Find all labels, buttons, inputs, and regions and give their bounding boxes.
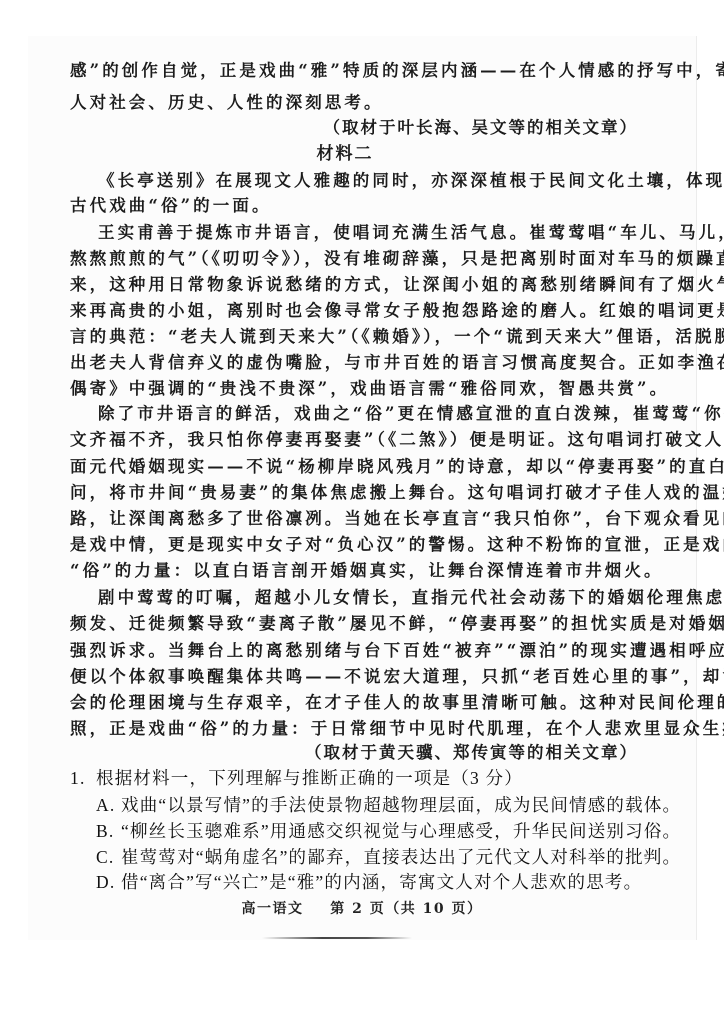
body-line: 会的伦理困境与生存艰辛，在才子佳人的故事里清晰可触。这种对民间伦理的深切观 (70, 692, 640, 714)
option-text: 借“离合”写“兴亡”是“雅”的内涵，寄寓文人对个人悲欢的思考。 (121, 871, 642, 893)
body-line: 便以个体叙事唤醒集体共鸣——不说宏大道理，只抓“老百姓心里的事”，却让元代社 (70, 666, 640, 688)
body-line: 剧中莺莺的叮嘱，超越小儿女情长，直指元代社会动荡下的婚姻伦理焦虑。战乱 (98, 587, 640, 609)
body-line: 问，将市井间“贵易妻”的集体焦虑搬上舞台。这句唱词打破才子佳人戏的温婉套 (70, 482, 640, 504)
body-line: 人对社会、历史、人性的深刻思考。 (70, 92, 640, 114)
body-line: 出老夫人背信弃义的虚伪嘴脸，与市井百姓的语言习惯高度契合。正如李渔在《闲情 (70, 352, 640, 374)
body-line: 面元代婚姻现实——不说“杨柳岸晓风残月”的诗意，却以“停妻再娶”的直白诘 (70, 456, 640, 478)
body-line: 偶寄》中强调的“贵浅不贵深”，戏曲语言需“雅俗同欢，智愚共赏”。 (70, 378, 640, 400)
body-line: 古代戏曲“俗”的一面。 (70, 195, 640, 217)
page-footer: 高一语文 第 2 页（共 10 页） (0, 898, 724, 918)
footer-page-number: 第 2 页（共 10 页） (330, 901, 482, 917)
body-line: 《长亭送别》在展现文人雅趣的同时，亦深深植根于民间文化土壤，体现了中国 (98, 170, 640, 192)
body-line: 频发、迁徙频繁导致“妻离子散”屡见不鲜，“停妻再娶”的担忧实质是对婚姻稳定的 (70, 613, 640, 635)
body-line: 文齐福不齐，我只怕你停妻再娶妻”（《二煞》）便是明证。这句唱词打破文人含蓄，直 (70, 429, 640, 451)
section-heading: 材料二 (60, 143, 630, 165)
option-text: 戏曲“以景写情”的手法使景物超越物理层面，成为民间情感的载体。 (121, 794, 681, 816)
option-letter: D. (96, 871, 115, 893)
body-line: 除了市井语言的鲜活，戏曲之“俗”更在情感宣泄的直白泼辣，崔莺莺“你休忧 (98, 403, 640, 425)
body-line: 强烈诉求。当舞台上的离愁别绪与台下百姓“被弃”“漂泊”的现实遭遇相呼应，戏曲 (70, 640, 640, 662)
body-line: 王实甫善于提炼市井语言，使唱词充满生活气息。崔莺莺唱“车儿、马儿，不由 (98, 222, 640, 244)
body-line: 照，正是戏曲“俗”的力量：于日常细节中见时代肌理，在个人悲欢里显众生疾苦。 (70, 718, 640, 740)
question-number: 1. (70, 767, 86, 789)
source-citation: （取材于叶长海、吴文等的相关文章） (60, 117, 638, 139)
source-citation: （取材于黄天骥、郑传寅等的相关文章） (60, 742, 638, 764)
option-letter: A. (96, 794, 115, 816)
footer-subject: 高一语文 (242, 901, 304, 917)
option-text: “柳丝长玉骢难系”用通感交织视觉与心理感受，升华民间送别习俗。 (121, 820, 681, 842)
body-line: 言的典范：“老夫人谎到天来大”（《赖婚》），一个“谎到天来大”俚语，活脱脱勾画 (70, 326, 640, 348)
body-line: 来，这种用日常物象诉说愁绪的方式，让深闺小姐的离愁别绪瞬间有了烟火气——原 (70, 274, 640, 296)
scan-artifact-line (262, 937, 412, 939)
body-line: 感”的创作自觉，正是戏曲“雅”特质的深层内涵——在个人情感的抒写中，寄寓文 (70, 60, 640, 82)
scan-speck (644, 854, 647, 857)
body-line: “俗”的力量：以直白语言剖开婚姻真实，让舞台深情连着市井烟火。 (70, 560, 640, 582)
option-text: 崔莺莺对“蜗角虚名”的鄙弃，直接表达出了元代文人对科举的批判。 (121, 846, 681, 868)
body-line: 来再高贵的小姐，离别时也会像寻常女子般抱怨路途的磨人。红娘的唱词更是市井语 (70, 300, 640, 322)
body-line: 熬熬煎煎的气”（《叨叨令》），没有堆砌辞藻，只是把离别时面对车马的烦躁直白道 (70, 248, 640, 270)
body-line: 是戏中情，更是现实中女子对“负心汉”的警惕。这种不粉饰的宣泄，正是戏曲 (70, 534, 640, 556)
option-letter: C. (96, 846, 114, 868)
option-letter: B. (96, 820, 114, 842)
body-line: 路，让深闺离愁多了世俗凛冽。当她在长亭直言“我只怕你”，台下观众看见的不只 (70, 508, 640, 530)
question-stem: 根据材料一，下列理解与推断正确的一项是（3 分） (96, 767, 523, 789)
